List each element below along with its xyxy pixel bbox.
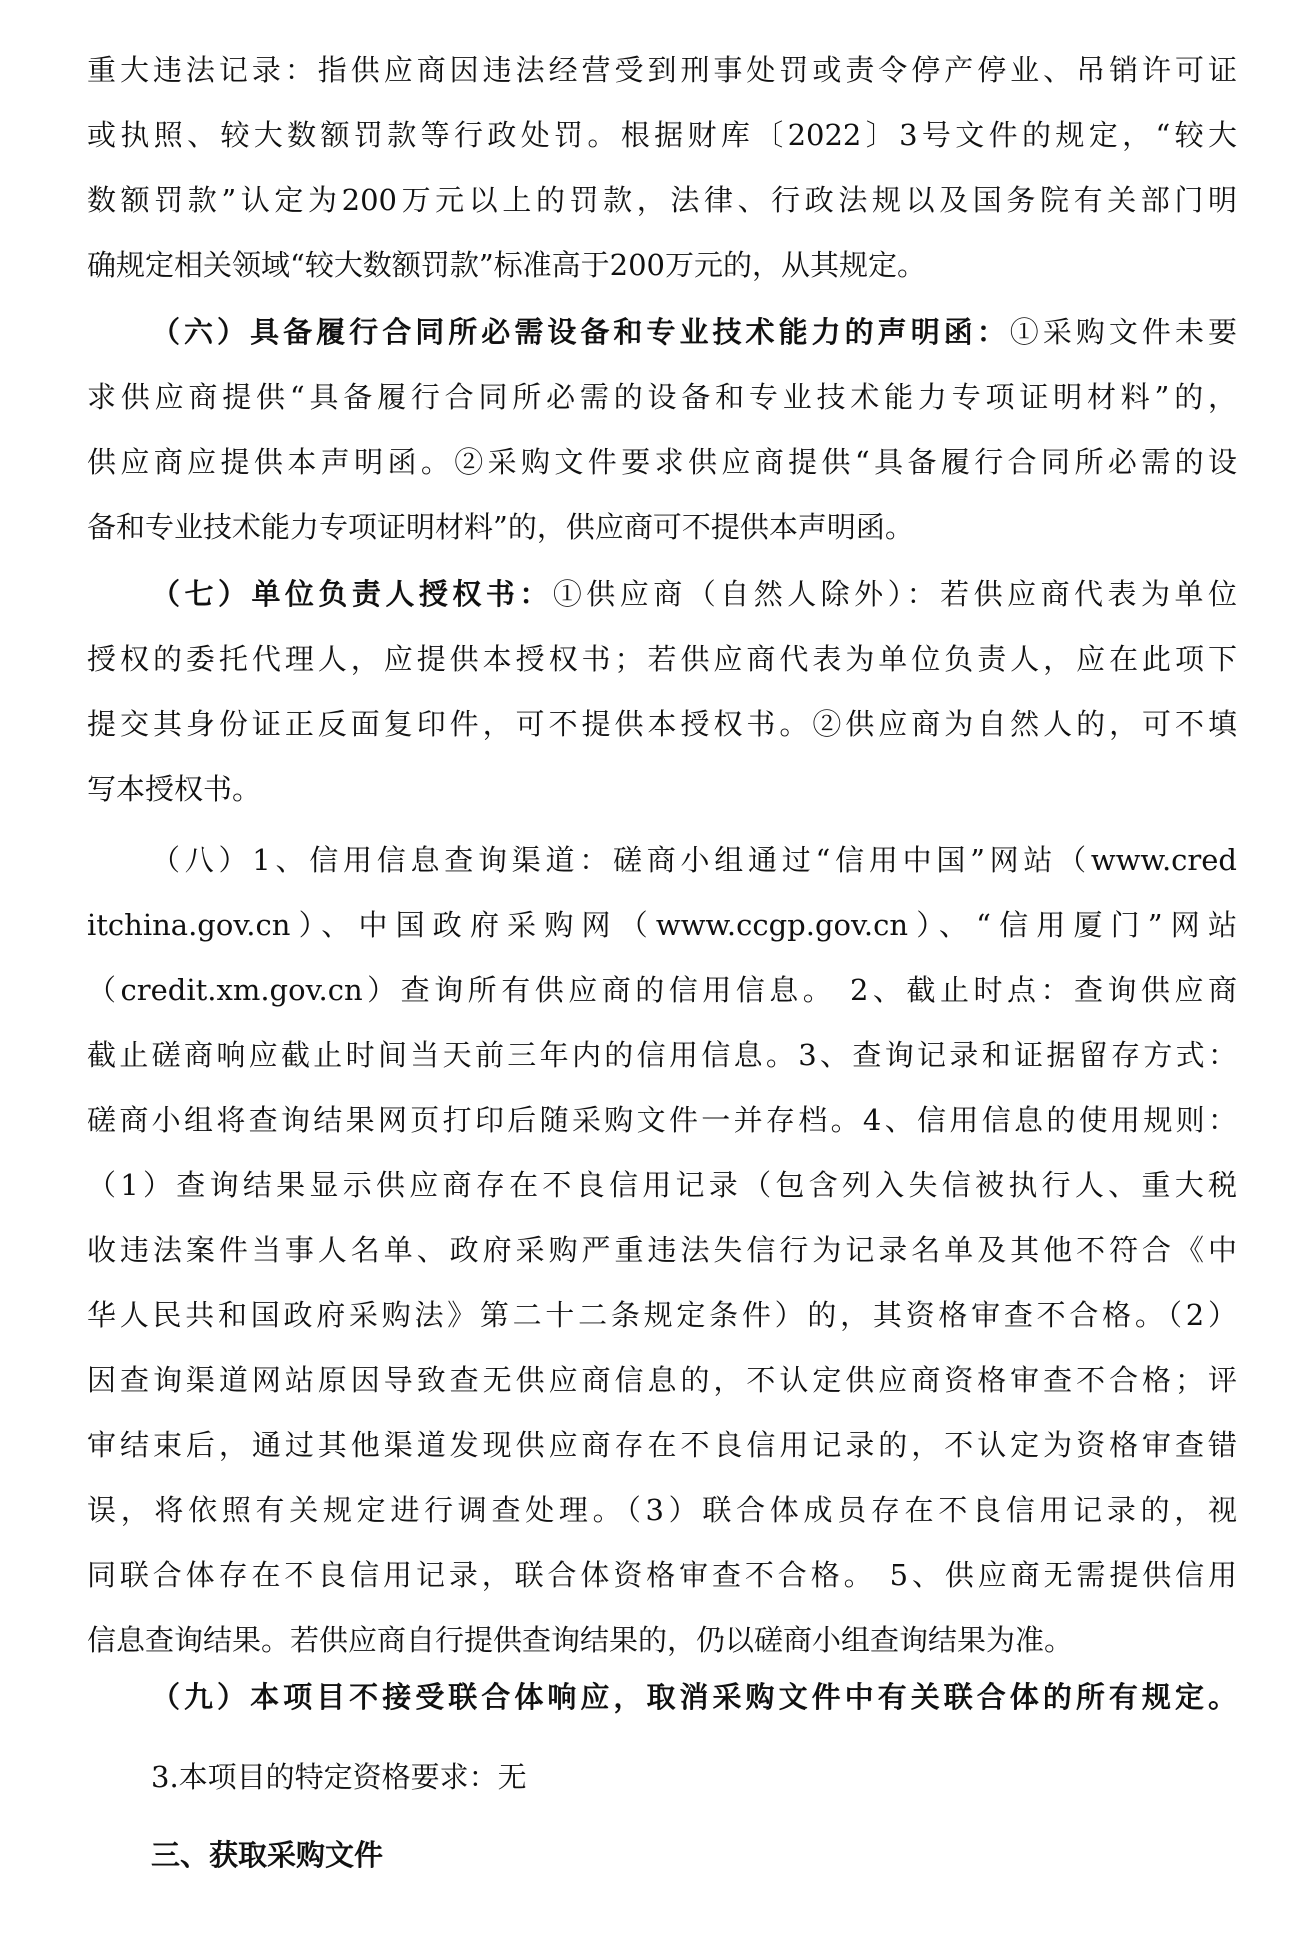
text-line: 授权的委托代理人，应提供本授权书；若供应商代表为单位负责人，应在此项下 — [87, 642, 1237, 676]
text-line: 因查询渠道网站原因导致查无供应商信息的，不认定供应商资格审查不合格；评 — [87, 1363, 1237, 1397]
text-line: （七）单位负责人授权书：①供应商（自然人除外）：若供应商代表为单位 — [151, 577, 1237, 611]
text-line: （六）具备履行合同所必需设备和专业技术能力的声明函：①采购文件未要 — [151, 315, 1237, 349]
text-line: 3.本项目的特定资格要求：无 — [151, 1760, 1237, 1794]
text-line: 求供应商提供“具备履行合同所必需的设备和专业技术能力专项证明材料”的， — [87, 380, 1237, 414]
text-line: （九）本项目不接受联合体响应，取消采购文件中有关联合体的所有规定。 — [151, 1680, 1237, 1714]
text-line: 磋商小组将查询结果网页打印后随采购文件一并存档。4、信用信息的使用规则： — [87, 1103, 1237, 1137]
text-line: 重大违法记录：指供应商因违法经营受到刑事处罚或责令停产停业、吊销许可证 — [87, 53, 1237, 87]
text-line: （八）1、信用信息查询渠道：磋商小组通过“信用中国”网站（www.cred — [151, 843, 1237, 877]
text-line: 写本授权书。 — [87, 772, 1237, 806]
text-line: 收违法案件当事人名单、政府采购严重违法失信行为记录名单及其他不符合《中 — [87, 1233, 1237, 1267]
text-line: 同联合体存在不良信用记录，联合体资格审查不合格。 5、供应商无需提供信用 — [87, 1558, 1237, 1592]
bold-heading: （七）单位负责人授权书： — [151, 577, 553, 611]
bold-heading: （六）具备履行合同所必需设备和专业技术能力的声明函： — [151, 315, 1010, 349]
text-line: 华人民共和国政府采购法》第二十二条规定条件）的，其资格审查不合格。（2） — [87, 1298, 1237, 1332]
text-line: （credit.xm.gov.cn）查询所有供应商的信用信息。 2、截止时点：查… — [87, 973, 1237, 1007]
text-line: 确规定相关领域“较大数额罚款”标准高于200万元的，从其规定。 — [87, 248, 1237, 282]
text-line: itchina.gov.cn）、中国政府采购网（www.ccgp.gov.cn）… — [87, 908, 1237, 942]
document-page: 重大违法记录：指供应商因违法经营受到刑事处罚或责令停产停业、吊销许可证 或执照、… — [0, 0, 1302, 1954]
text-line: （1）查询结果显示供应商存在不良信用记录（包含列入失信被执行人、重大税 — [87, 1168, 1237, 1202]
text-line: 数额罚款”认定为200万元以上的罚款，法律、行政法规以及国务院有关部门明 — [87, 183, 1237, 217]
text-line: 或执照、较大数额罚款等行政处罚。根据财库〔2022〕3号文件的规定，“较大 — [87, 118, 1237, 152]
text-line: 截止磋商响应截止时间当天前三年内的信用信息。3、查询记录和证据留存方式： — [87, 1038, 1237, 1072]
text-line: 备和专业技术能力专项证明材料”的，供应商可不提供本声明函。 — [87, 510, 1237, 544]
text-line: 误，将依照有关规定进行调查处理。（3）联合体成员存在不良信用记录的，视 — [87, 1493, 1237, 1527]
text-line: 提交其身份证正反面复印件，可不提供本授权书。②供应商为自然人的，可不填 — [87, 707, 1237, 741]
text-line: 信息查询结果。若供应商自行提供查询结果的，仍以磋商小组查询结果为准。 — [87, 1623, 1237, 1657]
text-line: 审结束后，通过其他渠道发现供应商存在不良信用记录的，不认定为资格审查错 — [87, 1428, 1237, 1462]
text-line: 供应商应提供本声明函。②采购文件要求供应商提供“具备履行合同所必需的设 — [87, 445, 1237, 479]
bold-heading: （九）本项目不接受联合体响应，取消采购文件中有关联合体的所有规定。 — [151, 1680, 1237, 1714]
section-heading: 三、获取采购文件 — [151, 1838, 1237, 1872]
